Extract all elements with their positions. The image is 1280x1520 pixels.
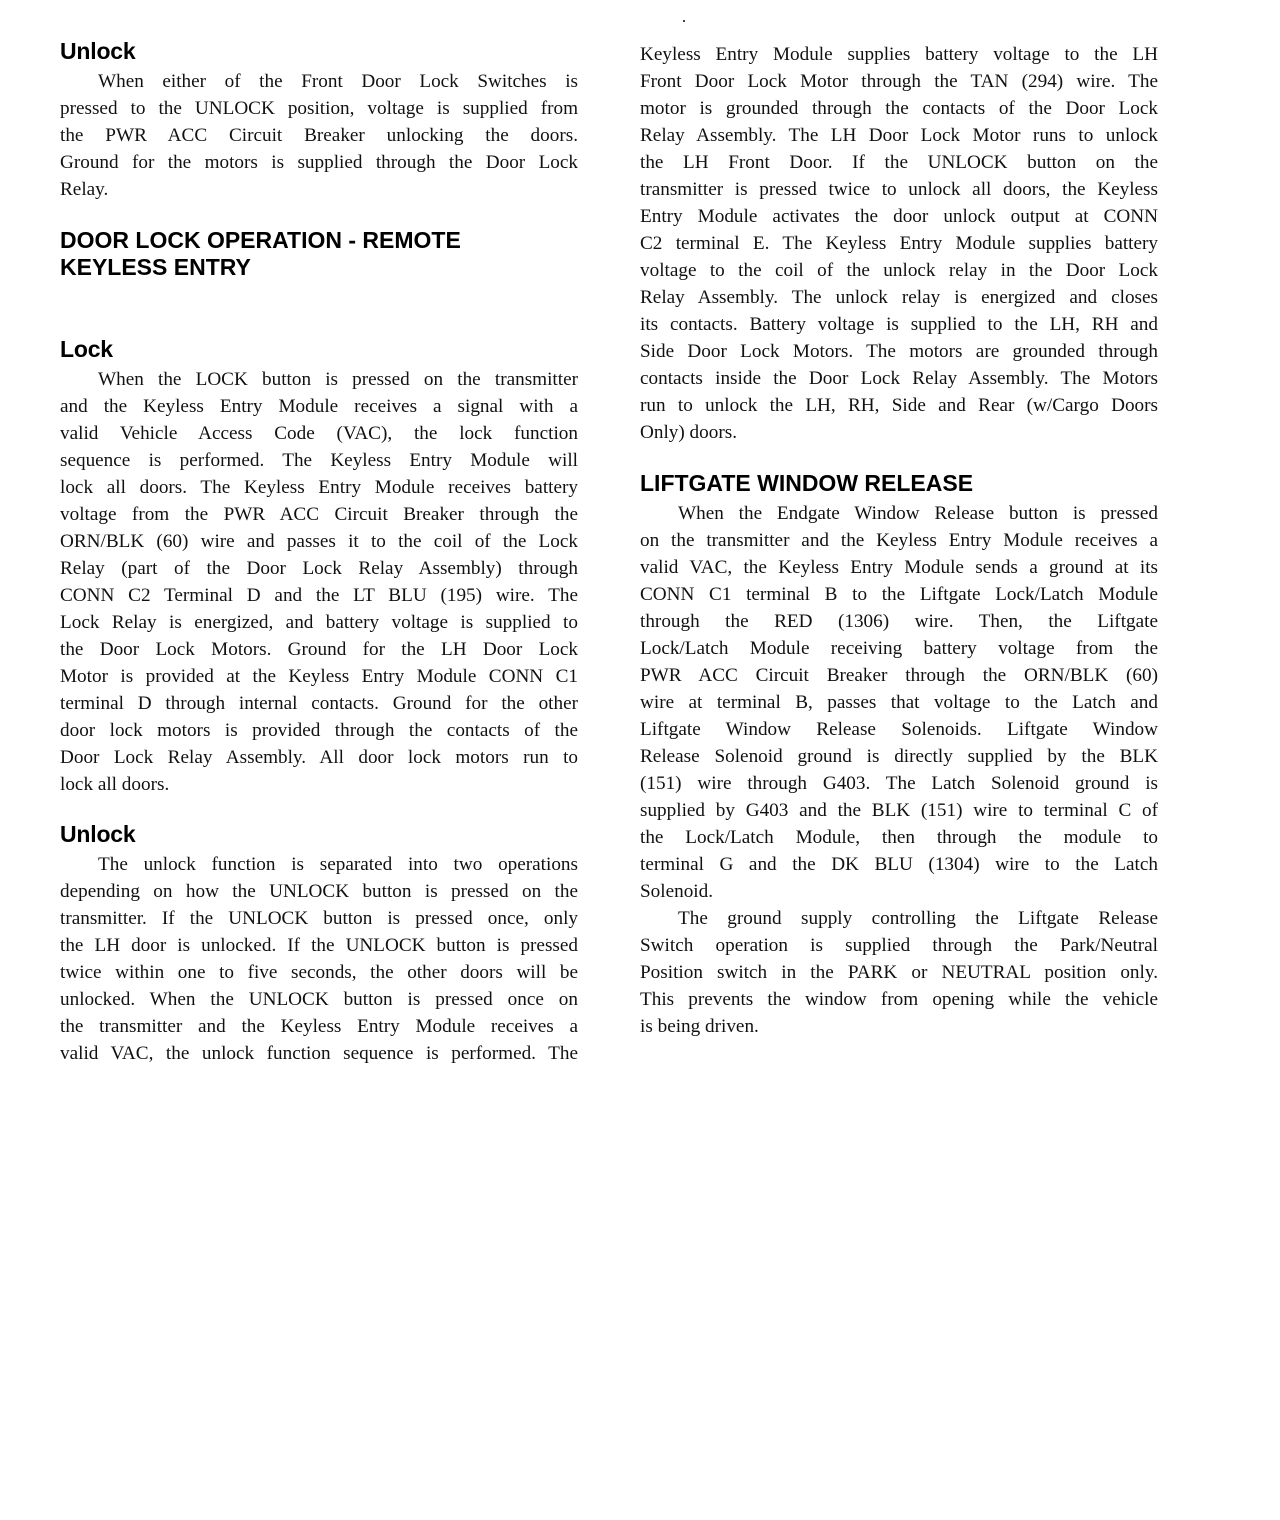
text-line: depending on how the UNLOCK button is pr… <box>60 878 578 905</box>
unlock-heading: Unlock <box>60 38 135 65</box>
text-line: Door Lock Relay Assembly. All door lock … <box>60 744 578 771</box>
text-line: terminal D through internal contacts. Gr… <box>60 690 578 717</box>
text-line: its contacts. Battery voltage is supplie… <box>640 311 1158 338</box>
text-line: and the Keyless Entry Module receives a … <box>60 393 578 420</box>
unlock-paragraph: When either of the Front Door Lock Switc… <box>60 68 578 203</box>
text-line: (151) wire through G403. The Latch Solen… <box>640 770 1158 797</box>
lock-heading: Lock <box>60 336 113 363</box>
text-line: motor is grounded through the contacts o… <box>640 95 1158 122</box>
text-line: the Door Lock Motors. Ground for the LH … <box>60 636 578 663</box>
text-line: on the transmitter and the Keyless Entry… <box>640 527 1158 554</box>
liftgate-heading: LIFTGATE WINDOW RELEASE <box>640 470 973 497</box>
liftgate-paragraph-2: The ground supply controlling the Liftga… <box>640 905 1158 1040</box>
text-line: When the LOCK button is pressed on the t… <box>60 366 578 393</box>
text-line: C2 terminal E. The Keyless Entry Module … <box>640 230 1158 257</box>
text-line: CONN C1 terminal B to the Liftgate Lock/… <box>640 581 1158 608</box>
text-line: supplied by G403 and the BLK (151) wire … <box>640 797 1158 824</box>
text-line: lock all doors. <box>60 771 578 798</box>
text-line: Relay Assembly. The LH Door Lock Motor r… <box>640 122 1158 149</box>
text-line: lock all doors. The Keyless Entry Module… <box>60 474 578 501</box>
text-line: door lock motors is provided through the… <box>60 717 578 744</box>
text-line: When the Endgate Window Release button i… <box>640 500 1158 527</box>
text-line: voltage to the coil of the unlock relay … <box>640 257 1158 284</box>
text-line: Switch operation is supplied through the… <box>640 932 1158 959</box>
text-line: pressed to the UNLOCK position, voltage … <box>60 95 578 122</box>
text-line: Only) doors. <box>640 419 1158 446</box>
text-line: Lock Relay is energized, and battery vol… <box>60 609 578 636</box>
text-line: Front Door Lock Motor through the TAN (2… <box>640 68 1158 95</box>
liftgate-paragraph-1: When the Endgate Window Release button i… <box>640 500 1158 905</box>
text-line: wire at terminal B, passes that voltage … <box>640 689 1158 716</box>
text-line: The unlock function is separated into tw… <box>60 851 578 878</box>
text-line: valid Vehicle Access Code (VAC), the loc… <box>60 420 578 447</box>
text-line: CONN C2 Terminal D and the LT BLU (195) … <box>60 582 578 609</box>
text-line: Relay Assembly. The unlock relay is ener… <box>640 284 1158 311</box>
text-line: Keyless Entry Module supplies battery vo… <box>640 41 1158 68</box>
text-line: Relay. <box>60 176 578 203</box>
text-line: Ground for the motors is supplied throug… <box>60 149 578 176</box>
text-line: the PWR ACC Circuit Breaker unlocking th… <box>60 122 578 149</box>
text-line: valid VAC, the unlock function sequence … <box>60 1040 578 1067</box>
text-line: valid VAC, the Keyless Entry Module send… <box>640 554 1158 581</box>
text-line: twice within one to five seconds, the ot… <box>60 959 578 986</box>
text-line: terminal G and the DK BLU (1304) wire to… <box>640 851 1158 878</box>
text-line: the LH Front Door. If the UNLOCK button … <box>640 149 1158 176</box>
text-line: transmitter. If the UNLOCK button is pre… <box>60 905 578 932</box>
text-line: The ground supply controlling the Liftga… <box>640 905 1158 932</box>
text-line: Side Door Lock Motors. The motors are gr… <box>640 338 1158 365</box>
text-line: transmitter is pressed twice to unlock a… <box>640 176 1158 203</box>
unlock-continued-paragraph: Keyless Entry Module supplies battery vo… <box>640 41 1158 446</box>
text-line: contacts inside the Door Lock Relay Asse… <box>640 365 1158 392</box>
text-line: Relay (part of the Door Lock Relay Assem… <box>60 555 578 582</box>
text-line: This prevents the window from opening wh… <box>640 986 1158 1013</box>
text-line: Motor is provided at the Keyless Entry M… <box>60 663 578 690</box>
heading-line: KEYLESS ENTRY <box>60 254 461 281</box>
text-line: the transmitter and the Keyless Entry Mo… <box>60 1013 578 1040</box>
remote-unlock-paragraph: The unlock function is separated into tw… <box>60 851 578 1067</box>
text-line: through the RED (1306) wire. Then, the L… <box>640 608 1158 635</box>
text-line: When either of the Front Door Lock Switc… <box>60 68 578 95</box>
text-line: is being driven. <box>640 1013 1158 1040</box>
text-line: Solenoid. <box>640 878 1158 905</box>
text-line: unlocked. When the UNLOCK button is pres… <box>60 986 578 1013</box>
text-line: the Lock/Latch Module, then through the … <box>640 824 1158 851</box>
remote-keyless-heading: DOOR LOCK OPERATION - REMOTE KEYLESS ENT… <box>60 227 461 281</box>
text-line: PWR ACC Circuit Breaker through the ORN/… <box>640 662 1158 689</box>
text-line: Position switch in the PARK or NEUTRAL p… <box>640 959 1158 986</box>
text-line: run to unlock the LH, RH, Side and Rear … <box>640 392 1158 419</box>
remote-unlock-heading: Unlock <box>60 821 135 848</box>
heading-line: DOOR LOCK OPERATION - REMOTE <box>60 227 461 254</box>
text-line: Release Solenoid ground is directly supp… <box>640 743 1158 770</box>
text-line: the LH door is unlocked. If the UNLOCK b… <box>60 932 578 959</box>
text-line: voltage from the PWR ACC Circuit Breaker… <box>60 501 578 528</box>
text-line: Entry Module activates the door unlock o… <box>640 203 1158 230</box>
scan-speck <box>683 20 685 22</box>
lock-paragraph: When the LOCK button is pressed on the t… <box>60 366 578 798</box>
text-line: Liftgate Window Release Solenoids. Liftg… <box>640 716 1158 743</box>
text-line: Lock/Latch Module receiving battery volt… <box>640 635 1158 662</box>
text-line: ORN/BLK (60) wire and passes it to the c… <box>60 528 578 555</box>
text-line: sequence is performed. The Keyless Entry… <box>60 447 578 474</box>
